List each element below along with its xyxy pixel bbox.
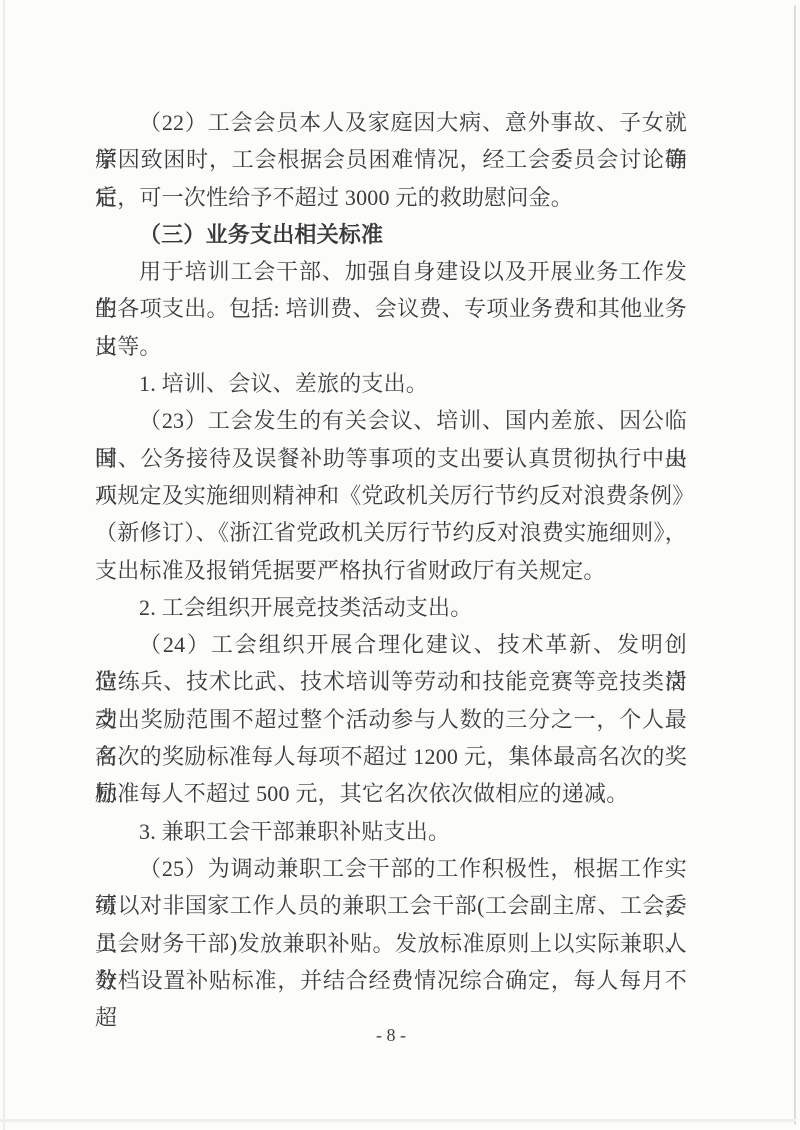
text-line: 分档设置补贴标准，并结合经费情况综合确定，每人每月不超 <box>95 962 687 999</box>
text-line: 工会财务干部)发放兼职补贴。发放标准原则上以实际兼职人数 <box>95 925 687 962</box>
text-line: 1. 培训、会议、差旅的支出。 <box>95 365 687 402</box>
text-line: （25）为调动兼职工会干部的工作积极性，根据工作实绩， <box>95 850 687 887</box>
text-line: （22）工会会员本人及家庭因大病、意外事故、子女就学等 <box>95 104 687 141</box>
text-line: 后，可一次性给予不超过 3000 元的救助慰问金。 <box>95 179 687 216</box>
scan-edge-left <box>3 0 5 1130</box>
text-line: 可以对非国家工作人员的兼职工会干部(工会副主席、工会委员、 <box>95 887 687 924</box>
text-line: 支出奖励范围不超过整个活动参与人数的三分之一，个人最高 <box>95 701 687 738</box>
text-line: 支出标准及报销凭据要严格执行省财政厅有关规定。 <box>95 552 687 589</box>
section-heading: （三）业务支出相关标准 <box>95 216 687 253</box>
text-line: 出等。 <box>95 328 687 365</box>
text-line: 的各项支出。包括: 培训费、会议费、专项业务费和其他业务支 <box>95 290 687 327</box>
text-line: （新修订）、《浙江省党政机关厉行节约反对浪费实施细则》， <box>95 514 687 551</box>
text-line: 标准每人不超过 500 元，其它名次依次做相应的递减。 <box>95 775 687 812</box>
text-line: 项规定及实施细则精神和《党政机关厉行节约反对浪费条例》 <box>95 477 687 514</box>
text-line: 国、公务接待及误餐补助等事项的支出要认真贯彻执行中央八 <box>95 440 687 477</box>
text-block: （22）工会会员本人及家庭因大病、意外事故、子女就学等原因致困时，工会根据会员困… <box>95 104 687 999</box>
scan-edge-bottom <box>0 1119 796 1122</box>
text-line: （23）工会发生的有关会议、培训、国内差旅、因公临时出 <box>95 402 687 439</box>
document-page: （22）工会会员本人及家庭因大病、意外事故、子女就学等原因致困时，工会根据会员困… <box>0 0 800 1130</box>
text-line: 用于培训工会干部、加强自身建设以及开展业务工作发生 <box>95 253 687 290</box>
text-line: 位练兵、技术比武、技术培训等劳动和技能竞赛等竞技类活动 <box>95 663 687 700</box>
text-line: 名次的奖励标准每人每项不超过 1200 元，集体最高名次的奖励 <box>95 738 687 775</box>
text-line: 3. 兼职工会干部兼职补贴支出。 <box>95 813 687 850</box>
text-line: 2. 工会组织开展竞技类活动支出。 <box>95 589 687 626</box>
text-line: （24）工会组织开展合理化建议、技术革新、发明创造、岗 <box>95 626 687 663</box>
scan-edge-right <box>794 5 796 1125</box>
text-line: 原因致困时，工会根据会员困难情况，经工会委员会讨论确定 <box>95 141 687 178</box>
page-number: - 8 - <box>95 1018 687 1052</box>
